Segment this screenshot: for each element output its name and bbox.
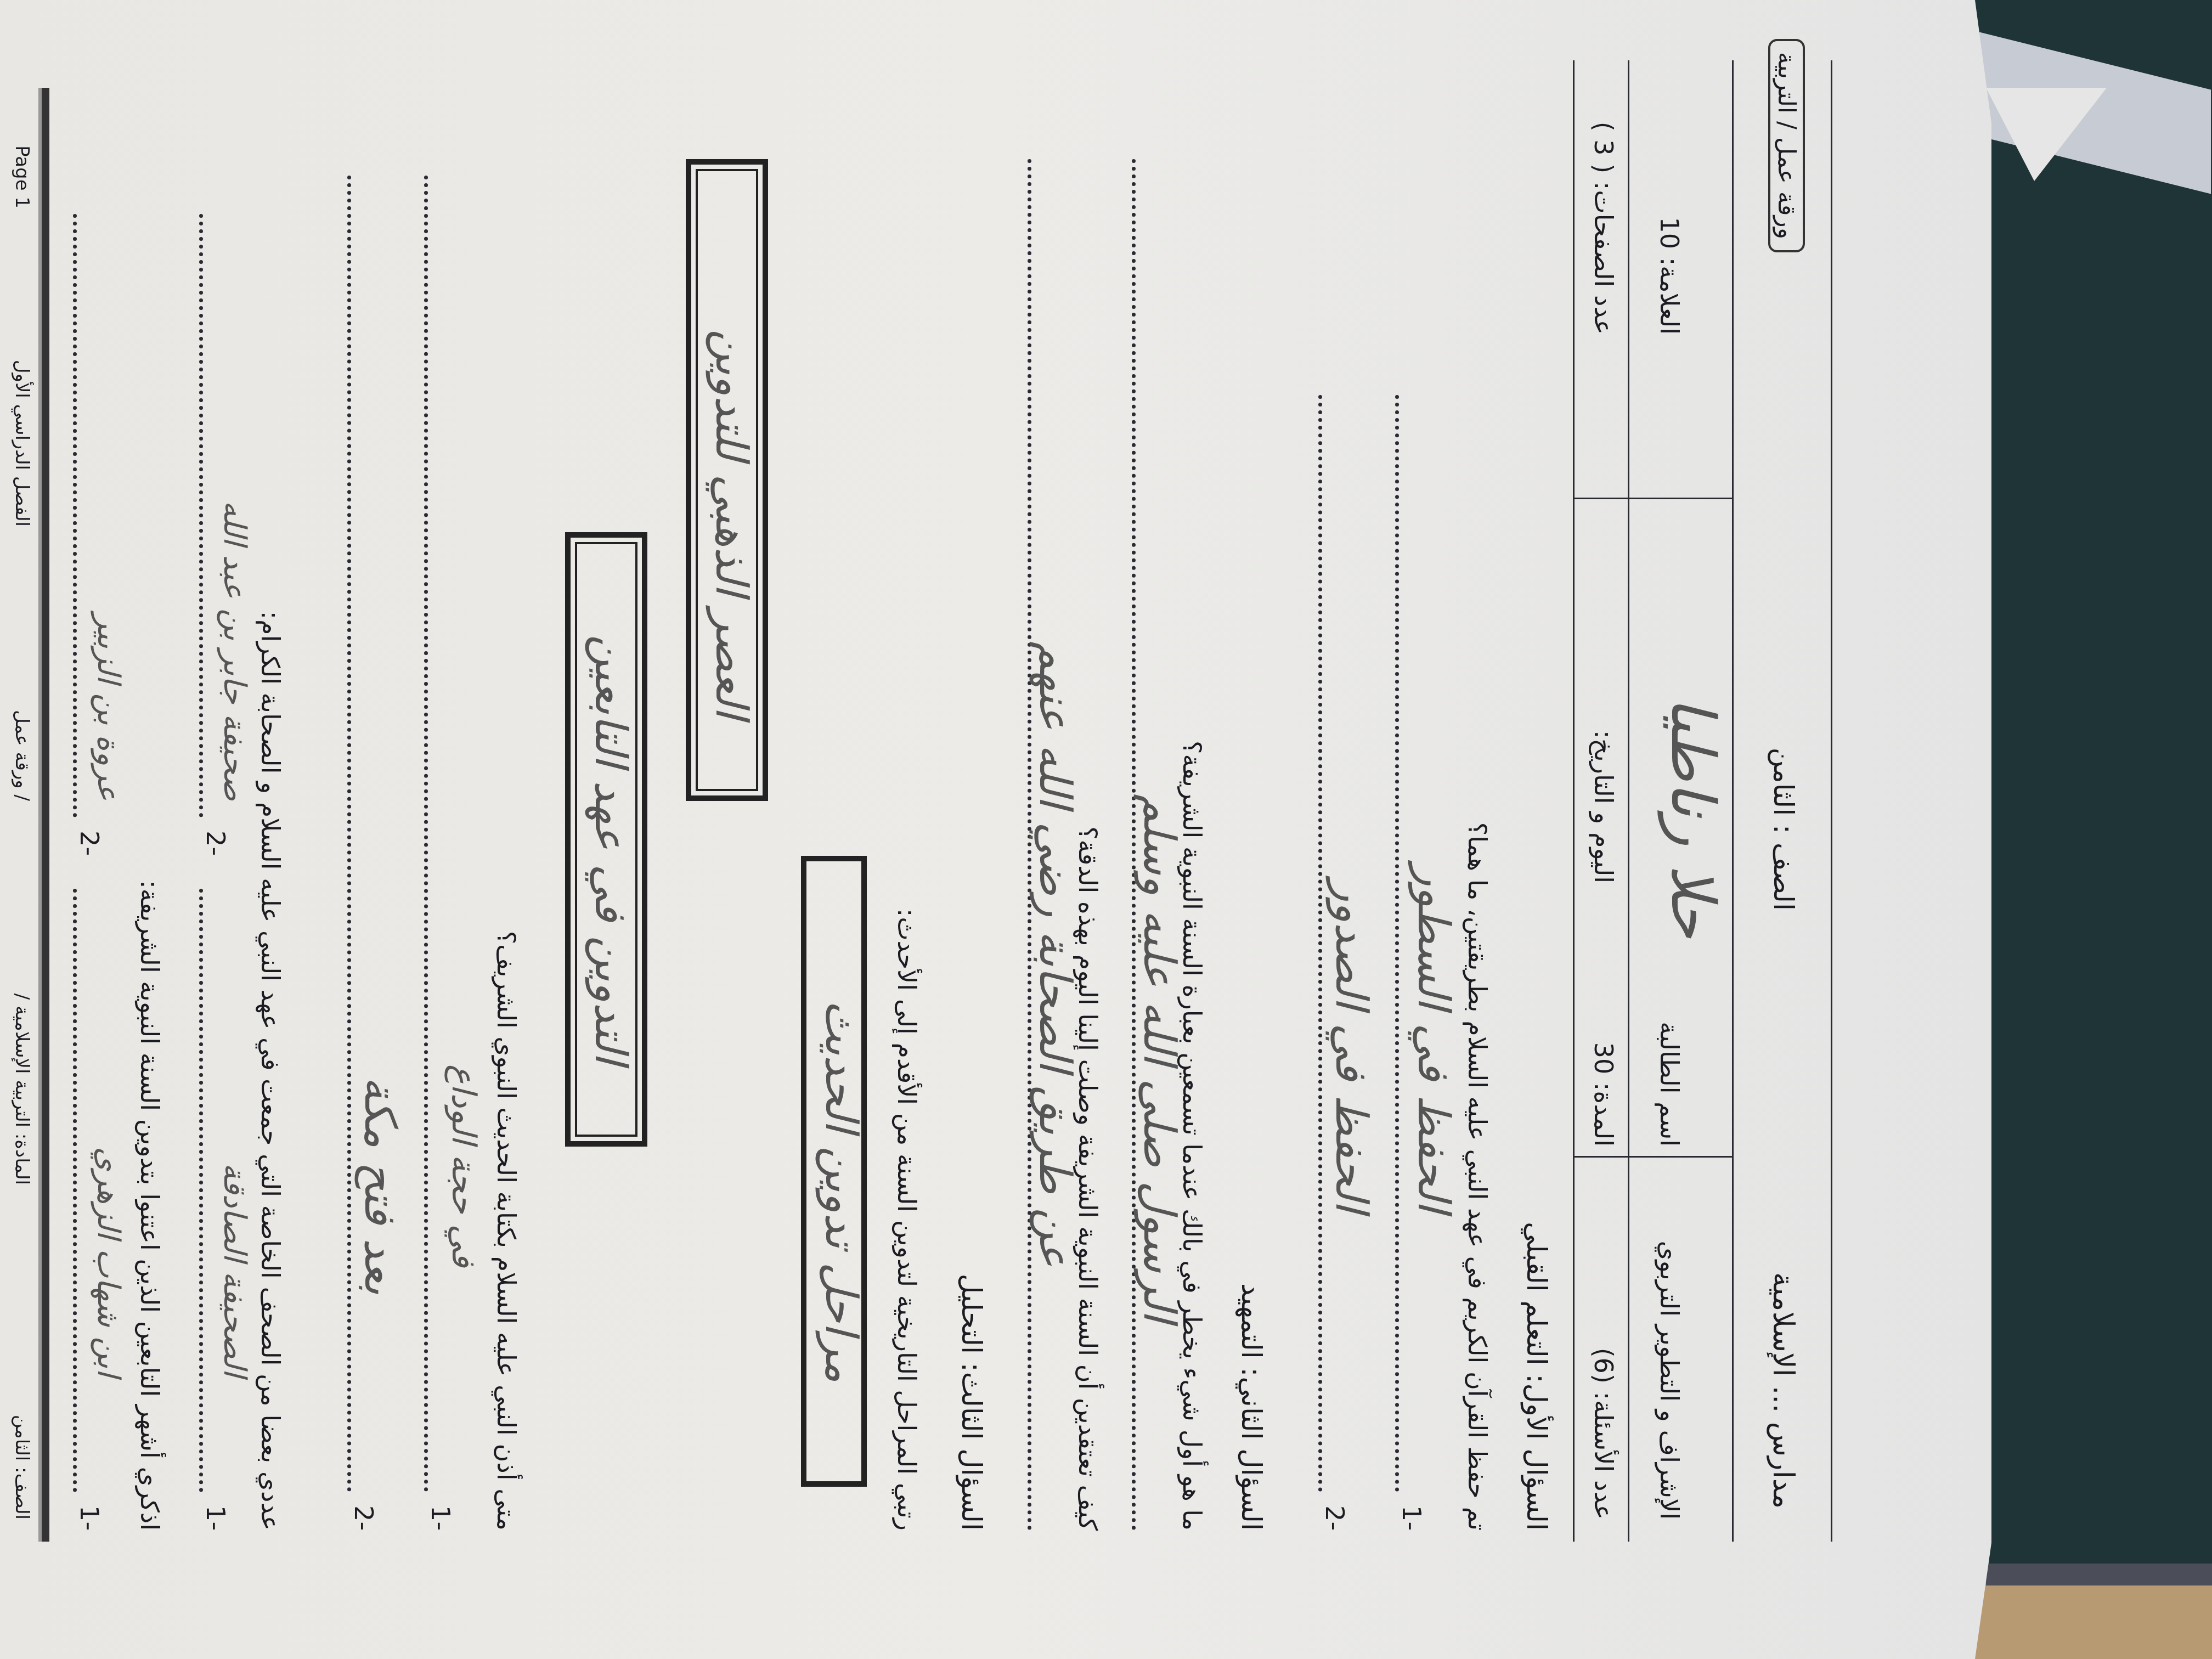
q4-answer-1-line	[424, 176, 428, 1492]
q6-answer-1-num: -1	[75, 1505, 104, 1531]
order-box-1[interactable]: مراحل تدوين الحديث	[801, 856, 867, 1487]
q6-answer-1[interactable]: ابن شهاب الزهري	[91, 1147, 126, 1377]
q5-answer-2-num: -2	[201, 831, 230, 856]
q3-prompt: رتبي المراحل التاريخية لتدوين السنة من ا…	[892, 909, 922, 1531]
day-date-label: اليوم و التاريخ:	[1589, 730, 1618, 883]
footer-term: الفصل الدراسي الأول	[11, 360, 33, 527]
q6-answer-1-line	[73, 889, 77, 1492]
q4-answer-2[interactable]: بعد فتح مكة	[355, 1076, 406, 1295]
table-mid-border	[1628, 60, 1629, 1542]
q6-prompt: اذكري أشهر التابعين الذين اعتنوا بتدوين …	[135, 880, 165, 1531]
q6-answer-2-line	[73, 214, 77, 817]
q1-prompt: تم حفظ القرآن الكريم في عهد النبي عليه ا…	[1463, 822, 1492, 1531]
order-box-3[interactable]: العصر الذهبي للتدوين	[686, 159, 768, 801]
q2-answer[interactable]: الرسول صلى الله عليه وسلم	[1134, 794, 1185, 1322]
q4-answer-2-line	[347, 176, 351, 1492]
q4-answer-1-num: -1	[426, 1505, 455, 1531]
worksheet-paper: مدارس ... الإسلامية الصف : الثامن ورقة ع…	[0, 0, 1991, 1659]
q6-answer-2-num: -2	[75, 831, 104, 856]
table-divider-2	[1575, 498, 1734, 499]
class-label: الصف : الثامن	[1768, 748, 1799, 911]
table-top-border	[1732, 60, 1734, 1542]
student-name-value: حلا رناطيا	[1658, 697, 1728, 938]
footer-subject: المادة: التربية الإسلامية /	[11, 994, 33, 1185]
school-line: مدارس ... الإسلامية	[1767, 1272, 1799, 1509]
q4-prompt: متى أذن النبي عليه السلام بكتابة الحديث …	[492, 931, 521, 1531]
q5-answer-1-line	[199, 889, 203, 1492]
q4-answer-1[interactable]: في حجة الوداع	[444, 1064, 483, 1267]
q6-answer-2[interactable]: عروة بن الزبير	[91, 614, 126, 801]
q1-answer-1-num: -1	[1397, 1505, 1426, 1531]
q5-answer-2[interactable]: صحيفة جابر بن عبد الله	[217, 501, 252, 801]
worksheet-page: مدارس ... الإسلامية الصف : الثامن ورقة ع…	[0, 60, 1810, 1542]
subject-tag: ورقة عمل / التربية	[1768, 39, 1805, 252]
q1-answer-2[interactable]: الحفظ في الصدور	[1326, 880, 1377, 1212]
q5-answer-1-num: -1	[201, 1505, 230, 1531]
mark-label: العلامة: 10	[1655, 217, 1684, 335]
table-bottom-border	[1573, 60, 1575, 1542]
q3-title: السؤال الثالث: التحليل	[956, 1274, 988, 1531]
order-box-2-text: التدوين في عهد التابعين	[585, 635, 636, 1064]
footer-type: / ورقة عمل	[11, 710, 33, 801]
desk-mat	[1986, 1564, 2212, 1585]
header-top-rule	[1831, 60, 1832, 1542]
q1-answer-2-line	[1318, 395, 1322, 1492]
q5-answer-1[interactable]: الصحيفة الصادقة	[217, 1163, 252, 1377]
footer-grade: الصف: الثامن	[11, 1415, 33, 1520]
order-box-2[interactable]: التدوين في عهد التابعين	[565, 532, 647, 1147]
footer-rule	[38, 88, 49, 1542]
q1-title: السؤال الأول: التعلم القبلي	[1521, 1222, 1553, 1531]
q2-title: السؤال الثاني: التمهيد	[1235, 1283, 1267, 1531]
q5-answer-2-line	[199, 214, 203, 817]
supervision-cell: الإشراف و التطوير التربوي	[1655, 1241, 1684, 1520]
pages-count: عدد الصفحات: ( 3 )	[1589, 122, 1618, 335]
duration: المدة: 30	[1589, 1042, 1618, 1147]
q5-prompt: عددي بعضا من الصحف الخاصة التي جمعت في ع…	[256, 611, 285, 1531]
footer-page: Page 1	[11, 145, 33, 208]
q1-answer-1-line	[1395, 395, 1399, 1492]
table-divider-1	[1575, 1156, 1734, 1158]
student-name-label: اسم الطالبة	[1655, 1022, 1684, 1147]
q1-answer-1[interactable]: الحفظ في السطور	[1408, 865, 1459, 1212]
q1-answer-2-num: -2	[1320, 1505, 1350, 1531]
order-box-3-text: العصر الذهبي للتدوين	[706, 329, 757, 719]
questions-count: عدد الأسئلة: (6)	[1589, 1348, 1618, 1520]
order-box-1-text: مراحل تدوين الحديث	[816, 1000, 867, 1383]
q2-answer-2[interactable]: عن طريق الصحابة رضي الله عنهم	[1030, 641, 1081, 1267]
q4-answer-2-num: -2	[349, 1505, 379, 1531]
